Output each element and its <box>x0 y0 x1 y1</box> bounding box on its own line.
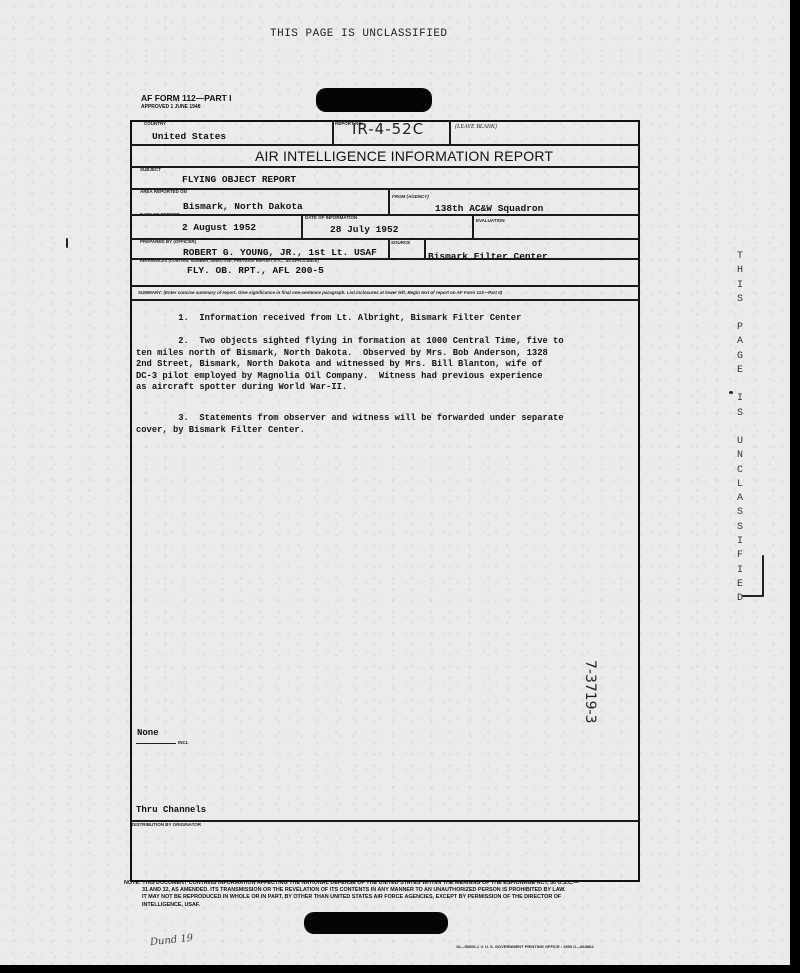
distribution-label: DISTRIBUTION BY ORIGINATOR <box>132 822 201 827</box>
classification-banner-side: THISPAGEISUNCLASSIFIED <box>733 250 747 607</box>
side-banner-letter: A <box>733 492 747 506</box>
paragraph-3: 3. Statements from observer and witness … <box>136 413 611 436</box>
side-banner-letter: S <box>733 293 747 307</box>
report-no-value: IR-4-52C <box>352 120 424 138</box>
printer-imprint: 16—55606-1 ☆ U. S. GOVERNMENT PRINTING O… <box>456 944 594 949</box>
paragraph-1: 1. Information received from Lt. Albrigh… <box>136 313 611 325</box>
leave-blank-label: (LEAVE BLANK) <box>455 124 497 130</box>
form-id: AF FORM 112—PART I <box>141 93 232 103</box>
date-of-report-value: 2 August 1952 <box>182 222 256 233</box>
summary-label: SUMMARY: (Enter concise summary of repor… <box>138 290 502 295</box>
scan-speck <box>729 391 733 394</box>
subject-label: SUBJECT <box>140 167 161 172</box>
subject-value: FLYING OBJECT REPORT <box>182 174 296 185</box>
side-banner-letter: F <box>733 549 747 563</box>
source-label: SOURCE <box>391 240 410 245</box>
side-banner-letter: N <box>733 449 747 463</box>
side-banner-letter: C <box>733 464 747 478</box>
side-banner-letter: I <box>733 279 747 293</box>
inclosures-rule <box>136 743 176 744</box>
scan-border-right <box>790 0 800 973</box>
rule <box>424 238 426 258</box>
side-banner-letter: H <box>733 264 747 278</box>
side-banner-letter: G <box>733 350 747 364</box>
source-value: Bismark Filter Center <box>428 251 548 262</box>
side-banner-letter: P <box>733 321 747 335</box>
handwritten-initials: Dund 19 <box>150 933 194 948</box>
side-banner-letter <box>733 378 747 392</box>
country-value: United States <box>152 131 226 142</box>
from-agency-label: FROM (Agency) <box>392 194 429 199</box>
side-banner-letter: I <box>733 535 747 549</box>
prepared-by-value: ROBERT G. YOUNG, JR., 1st Lt. USAF <box>183 247 377 258</box>
rule <box>130 820 640 822</box>
rule <box>332 120 334 144</box>
side-banner-letter: S <box>733 407 747 421</box>
area-reported-on-label: AREA REPORTED ON <box>140 189 187 194</box>
scan-speck <box>742 595 764 597</box>
date-of-report-label: DATE OF REPORT <box>140 212 179 217</box>
side-banner-letter: E <box>733 578 747 592</box>
rule <box>301 214 303 238</box>
note-line-1: NOTE: THIS DOCUMENT CONTAINS INFORMATION… <box>124 880 644 887</box>
side-banner-letter: T <box>733 250 747 264</box>
references-label: REFERENCES (Control number, directive, p… <box>140 258 319 263</box>
note-line-2: 31 AND 32, AS AMENDED. ITS TRANSMISSION … <box>124 887 644 894</box>
rule <box>130 214 640 216</box>
rule <box>130 238 640 240</box>
rule <box>130 285 640 287</box>
rule <box>388 238 390 258</box>
date-of-information-label: DATE OF INFORMATION <box>305 215 357 220</box>
summary-heading: SUMMARY: <box>138 290 162 295</box>
note-line-4: INTELLIGENCE, USAF. <box>124 902 644 909</box>
side-banner-letter: A <box>733 335 747 349</box>
prepared-by-label: PREPARED BY (Officer) <box>140 239 196 244</box>
rule <box>130 188 640 190</box>
side-banner-letter: I <box>733 392 747 406</box>
side-banner-letter: S <box>733 521 747 535</box>
note-key: NOTE: <box>124 880 141 886</box>
references-value: FLY. OB. RPT., AFL 200-5 <box>187 265 324 276</box>
distribution-value: Thru Channels <box>136 805 206 815</box>
redaction-bottom <box>304 912 448 934</box>
redaction-top <box>316 88 432 112</box>
summary-instructions: (Enter concise summary of report. Give s… <box>164 290 503 295</box>
side-banner-letter: E <box>733 364 747 378</box>
side-banner-letter <box>733 421 747 435</box>
espionage-act-note: NOTE: THIS DOCUMENT CONTAINS INFORMATION… <box>124 880 644 909</box>
area-reported-on-value: Bismark, North Dakota <box>183 201 303 212</box>
rule <box>130 299 640 301</box>
inclosures-label: INCL <box>178 740 189 745</box>
date-of-information-value: 28 July 1952 <box>330 224 398 235</box>
handwritten-reference-number: 7-3719-3 <box>582 660 598 724</box>
scan-border-bottom <box>0 965 800 973</box>
note-line-3: IT MAY NOT BE REPRODUCED IN WHOLE OR IN … <box>124 894 644 901</box>
from-agency-value: 138th AC&W Squadron <box>435 203 543 214</box>
rule <box>388 188 390 214</box>
form-approved-date: APPROVED 1 JUNE 1948 <box>141 104 200 110</box>
rule <box>130 166 640 168</box>
rule <box>472 214 474 238</box>
side-banner-letter: L <box>733 478 747 492</box>
classification-banner-top: THIS PAGE IS UNCLASSIFIED <box>270 28 448 40</box>
side-banner-letter <box>733 307 747 321</box>
country-label: COUNTRY <box>144 121 166 126</box>
inclosures-value: None <box>137 728 159 738</box>
evaluation-label: EVALUATION <box>476 218 505 223</box>
document-page: THIS PAGE IS UNCLASSIFIED THISPAGEISUNCL… <box>0 0 800 973</box>
report-title: AIR INTELLIGENCE INFORMATION REPORT <box>255 148 553 164</box>
rule <box>130 144 640 146</box>
scan-speck <box>66 238 68 248</box>
side-banner-letter: S <box>733 506 747 520</box>
side-banner-letter: I <box>733 564 747 578</box>
paragraph-2: 2. Two objects sighted flying in formati… <box>136 336 611 394</box>
side-banner-letter: U <box>733 435 747 449</box>
scan-speck <box>762 555 764 597</box>
rule <box>449 120 451 144</box>
